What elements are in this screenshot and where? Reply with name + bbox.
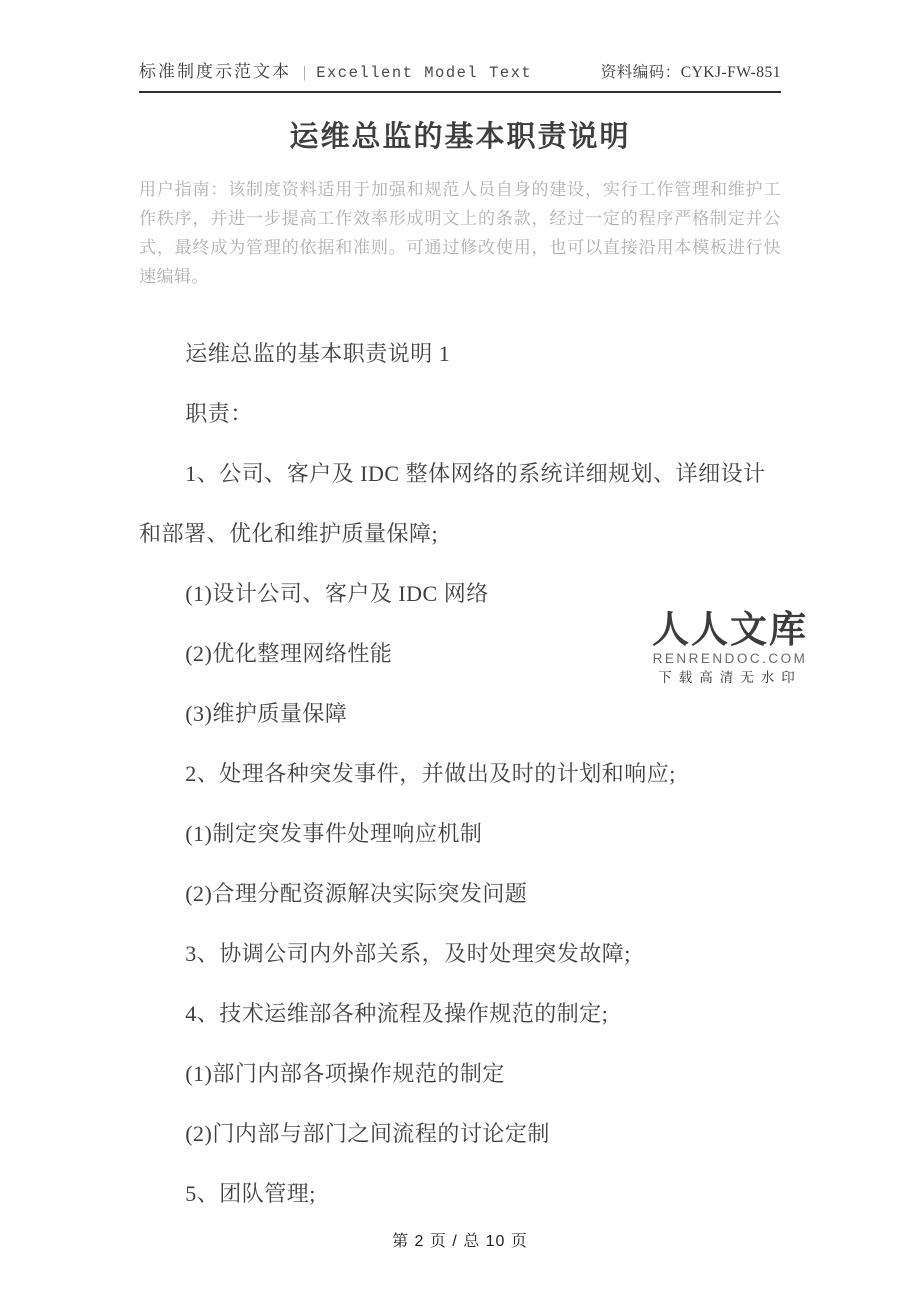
paragraph: 1、公司、客户及 IDC 整体网络的系统详细规划、详细设计和部署、优化和维护质量… bbox=[139, 444, 781, 564]
paragraph: 职责： bbox=[139, 384, 781, 444]
paragraph: (2)门内部与部门之间流程的讨论定制 bbox=[139, 1104, 781, 1164]
watermark-stamp: 人人文库 RENRENDOC.COM 下载高清无水印 bbox=[645, 612, 815, 685]
watermark-tagline: 下载高清无水印 bbox=[645, 670, 815, 685]
paragraph: 4、技术运维部各种流程及操作规范的制定; bbox=[139, 984, 781, 1044]
page-footer: 第 2 页 / 总 10 页 bbox=[0, 1228, 920, 1251]
page-number-label: 第 2 页 / 总 10 页 bbox=[392, 1233, 528, 1250]
document-body: 运维总监的基本职责说明 1 职责： 1、公司、客户及 IDC 整体网络的系统详细… bbox=[139, 324, 781, 1224]
paragraph: (1)部门内部各项操作规范的制定 bbox=[139, 1044, 781, 1104]
paragraph: 5、团队管理; bbox=[139, 1164, 781, 1224]
page-header: 标准制度示范文本 | Excellent Model Text 资料编码：CYK… bbox=[139, 0, 781, 93]
paragraph: 3、协调公司内外部关系，及时处理突发故障; bbox=[139, 924, 781, 984]
doc-type-label: 标准制度示范文本 bbox=[139, 57, 291, 82]
paragraph: (2)合理分配资源解决实际突发问题 bbox=[139, 864, 781, 924]
document-page: 标准制度示范文本 | Excellent Model Text 资料编码：CYK… bbox=[0, 0, 920, 1302]
header-separator: | bbox=[303, 64, 306, 82]
paragraph: 运维总监的基本职责说明 1 bbox=[139, 324, 781, 384]
paragraph: (1)制定突发事件处理响应机制 bbox=[139, 804, 781, 864]
paragraph: (3)维护质量保障 bbox=[139, 684, 781, 744]
watermark-brand: 人人文库 bbox=[645, 612, 815, 650]
page-title: 运维总监的基本职责说明 bbox=[139, 114, 781, 155]
doc-code-label: 资料编码：CYKJ-FW-851 bbox=[601, 60, 781, 82]
watermark-domain: RENRENDOC.COM bbox=[645, 651, 815, 666]
header-left: 标准制度示范文本 | Excellent Model Text bbox=[139, 57, 532, 82]
user-guide-paragraph: 用户指南：该制度资料适用于加强和规范人员自身的建设，实行工作管理和维护工作秩序，… bbox=[139, 175, 781, 291]
doc-type-label-en: Excellent Model Text bbox=[316, 64, 532, 82]
paragraph: 2、处理各种突发事件，并做出及时的计划和响应; bbox=[139, 744, 781, 804]
